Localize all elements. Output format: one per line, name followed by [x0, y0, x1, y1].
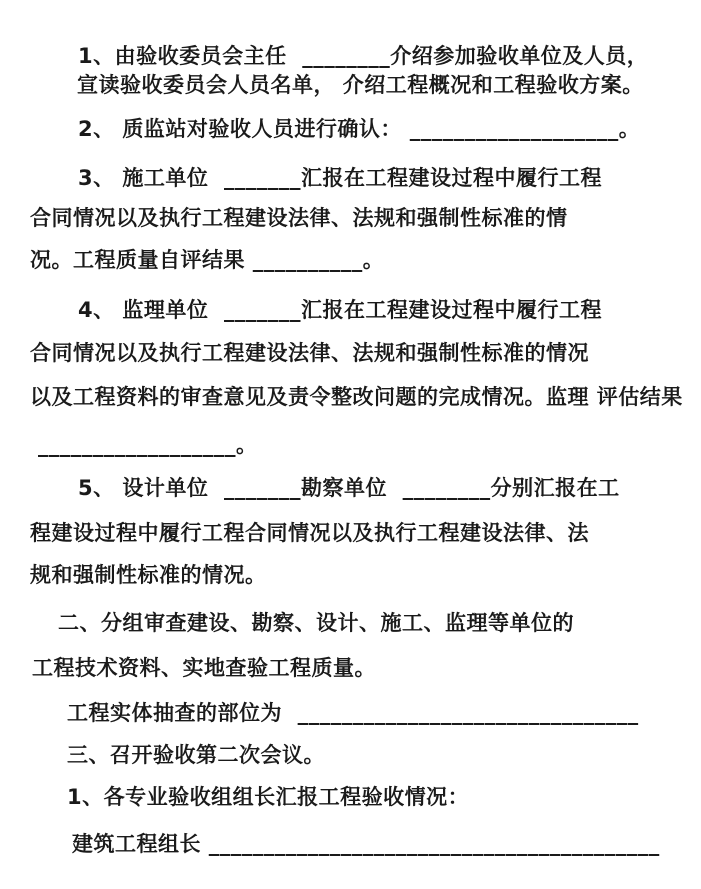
doc-line-5: 合同情况以及执行工程建设法律、法规和强制性标准的情 [30, 207, 568, 230]
doc-line-4: 3、 施工单位 _______汇报在工程建设过程中履行工程 [78, 167, 602, 190]
doc-line-18: 1、各专业验收组组长汇报工程验收情况： [67, 786, 469, 809]
document-page: 1、由验收委员会主任 ________介绍参加验收单位及人员， 宣读验收委员会人… [0, 0, 701, 889]
doc-line-1: 1、由验收委员会主任 ________介绍参加验收单位及人员， [78, 45, 648, 68]
doc-line-11: 5、 设计单位 _______勘察单位 ________分别汇报在工 [78, 477, 620, 500]
doc-line-13: 规和强制性标准的情况。 [30, 564, 267, 587]
doc-line-3: 2、 质监站对验收人员进行确认： ___________________。 [78, 118, 640, 141]
doc-line-9: 以及工程资料的审查意见及责令整改问题的完成情况。监理 评估结果 [30, 386, 683, 409]
doc-line-8: 合同情况以及执行工程建设法律、法规和强制性标准的情况 [30, 342, 589, 365]
doc-line-7: 4、 监理单位 _______汇报在工程建设过程中履行工程 [78, 299, 602, 322]
doc-line-16: 工程实体抽查的部位为 _____________________________… [67, 702, 639, 725]
doc-line-19: 建筑工程组长 _________________________________… [72, 833, 660, 856]
doc-line-10: __________________。 [38, 434, 258, 457]
doc-line-15: 工程技术资料、实地查验工程质量。 [32, 657, 376, 680]
doc-line-14: 二、分组审查建设、勘察、设计、施工、监理等单位的 [58, 612, 574, 635]
doc-line-12: 程建设过程中履行工程合同情况以及执行工程建设法律、法 [30, 522, 589, 545]
doc-line-2: 宣读验收委员会人员名单， 介绍工程概况和工程验收方案。 [77, 74, 644, 97]
doc-line-6: 况。工程质量自评结果 __________。 [30, 249, 384, 272]
doc-line-17: 三、召开验收第二次会议。 [67, 744, 325, 767]
